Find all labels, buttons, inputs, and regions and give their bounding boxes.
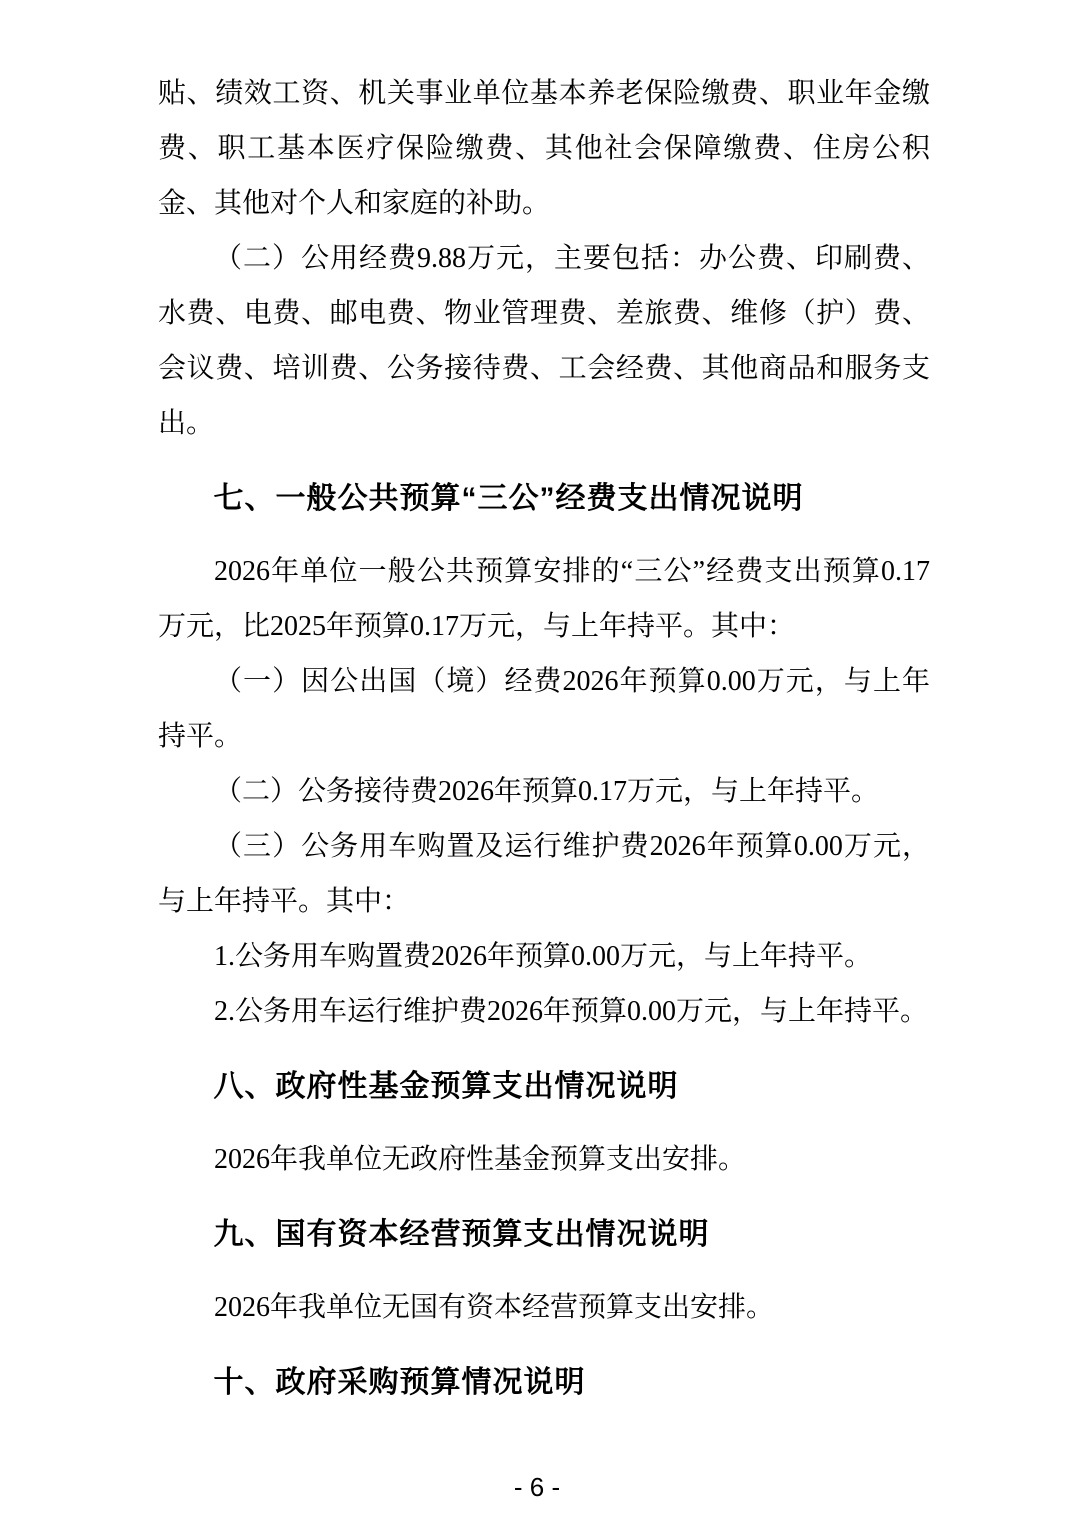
page-number: - 6 - [0,1472,1074,1503]
paragraph-personnel-expense-continuation: 贴、绩效工资、机关事业单位基本养老保险缴费、职业年金缴费、职工基本医疗保险缴费、… [158,66,930,231]
paragraph-overseas-trip-expense: （一）因公出国（境）经费2026年预算0.00万元，与上年持平。 [158,654,930,764]
paragraph-official-reception-expense: （二）公务接待费2026年预算0.17万元，与上年持平。 [158,764,930,819]
paragraph-vehicle-expense: （三）公务用车购置及运行维护费2026年预算0.00万元，与上年持平。其中： [158,819,930,929]
list-item-vehicle-purchase: 1.公务用车购置费2026年预算0.00万元，与上年持平。 [158,929,930,984]
list-item-vehicle-maintenance: 2.公务用车运行维护费2026年预算0.00万元，与上年持平。 [158,984,930,1039]
paragraph-public-expense: （二）公用经费9.88万元，主要包括：办公费、印刷费、水费、电费、邮电费、物业管… [158,231,930,451]
document-body: 贴、绩效工资、机关事业单位基本养老保险缴费、职业年金缴费、职工基本医疗保险缴费、… [158,66,930,1428]
section-heading-seven: 七、一般公共预算“三公”经费支出情况说明 [158,471,930,526]
document-page: 贴、绩效工资、机关事业单位基本养老保险缴费、职业年金缴费、职工基本医疗保险缴费、… [0,0,1074,1520]
paragraph-state-capital-budget: 2026年我单位无国有资本经营预算支出安排。 [158,1280,930,1335]
paragraph-government-fund-budget: 2026年我单位无政府性基金预算支出安排。 [158,1132,930,1187]
section-heading-ten: 十、政府采购预算情况说明 [158,1355,930,1410]
paragraph-three-public-summary: 2026年单位一般公共预算安排的“三公”经费支出预算0.17万元，比2025年预… [158,544,930,654]
section-heading-eight: 八、政府性基金预算支出情况说明 [158,1059,930,1114]
section-heading-nine: 九、国有资本经营预算支出情况说明 [158,1207,930,1262]
